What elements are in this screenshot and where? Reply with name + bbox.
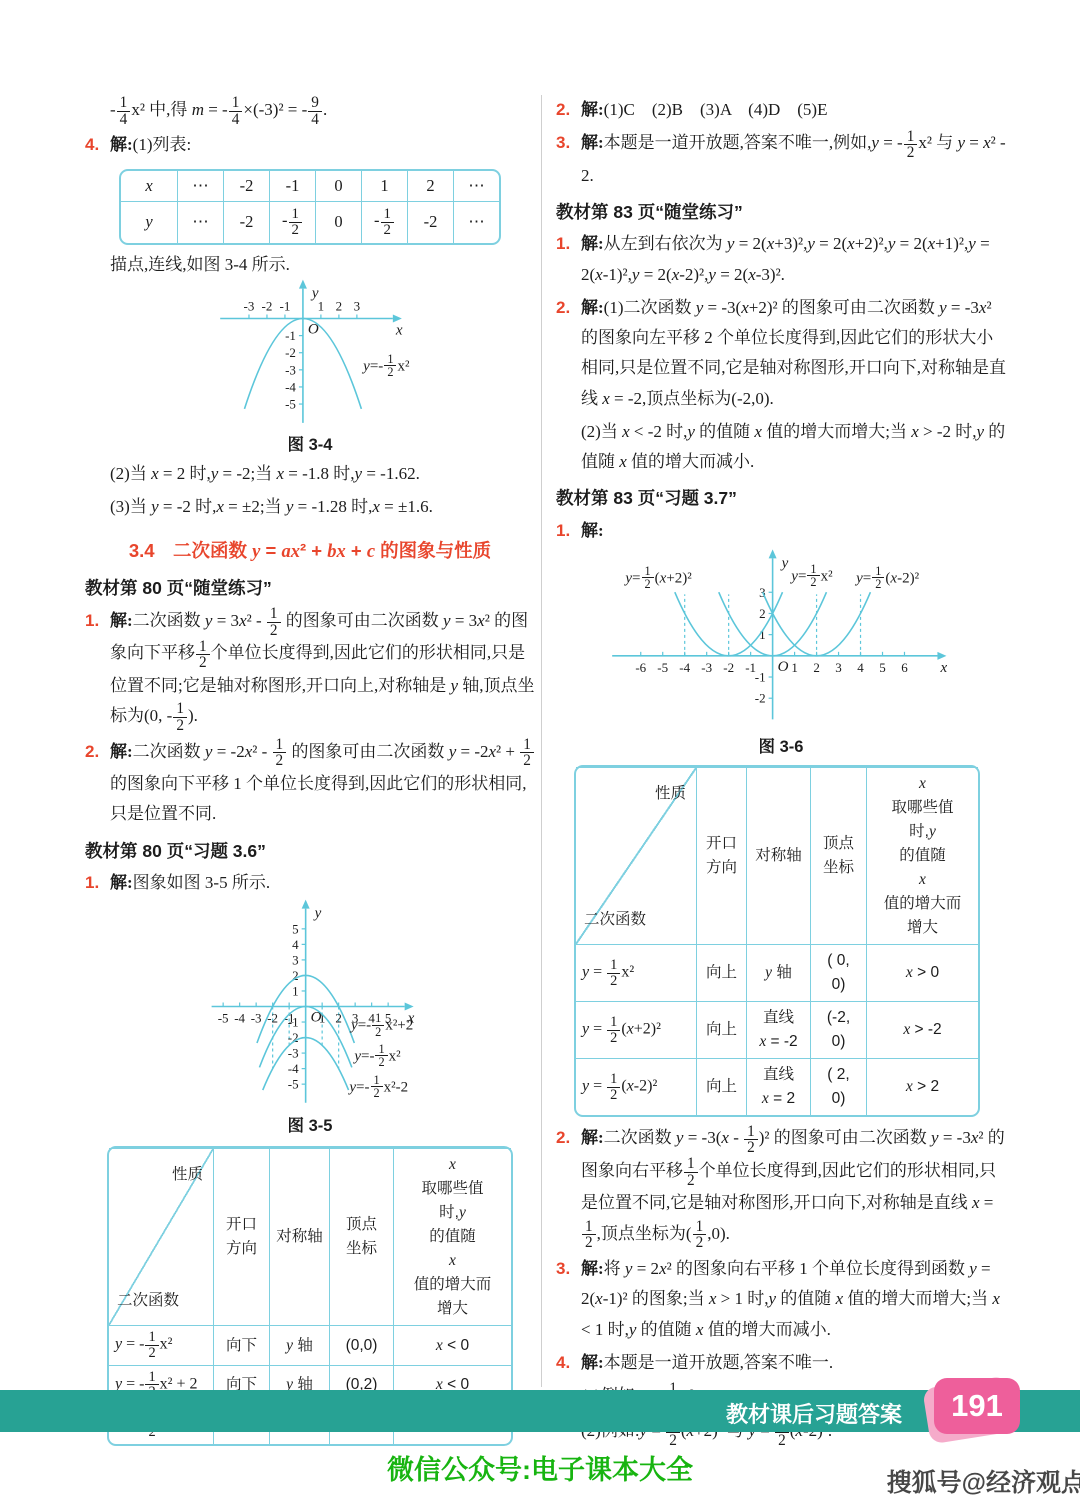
- exercise-header-p80-2: 教材第 80 页“习题 3.6”: [85, 839, 535, 864]
- prop-table-row: y = 12(x+2)²向上直线 x = -2(-2, 0)x > -2: [576, 1001, 978, 1058]
- function-cell: y = 12x²: [576, 944, 696, 1001]
- answer-item-1b: 1.解:图象如图 3-5 所示.: [85, 868, 535, 898]
- property-table-right: 性质二次函数开口 方向对称轴顶点 坐标x 取哪些值 时,y 的值随 x 值的增大…: [574, 765, 980, 1117]
- answer-item-2: 2.解:二次函数 y = -2x² - 12 的图象可由二次函数 y = -2x…: [85, 737, 535, 830]
- right-column: 2.解:(1)C (2)B (3)A (4)D (5)E 3.解:本题是一道开放…: [556, 92, 1006, 1452]
- svg-text:-2: -2: [285, 345, 296, 360]
- prop-column-header: 开口 方向: [213, 1148, 269, 1325]
- svg-text:2: 2: [335, 1011, 342, 1026]
- prop-column-header: 开口 方向: [696, 767, 746, 944]
- prop-cell: 向上: [696, 1001, 746, 1058]
- svg-text:y: y: [310, 286, 319, 302]
- figure-3-4: -3-2-1123-1-2-3-4-5xyOy=-12x² 图 3-4: [85, 286, 535, 455]
- svg-text:-4: -4: [234, 1011, 245, 1026]
- function-cell: y = 12(x+2)²: [576, 1001, 696, 1058]
- svg-text:5: 5: [879, 660, 886, 675]
- prop-cell: 向上: [696, 944, 746, 1001]
- value-cell: 2: [407, 171, 453, 201]
- value-table-row: x⋯-2-1012⋯: [121, 171, 499, 201]
- value-cell: 1: [361, 171, 407, 201]
- footer-section-label: 教材课后习题答案: [726, 1398, 902, 1429]
- svg-text:-1: -1: [280, 299, 291, 314]
- footer-bar: 教材课后习题答案 191: [0, 1390, 1080, 1432]
- svg-text:-2: -2: [755, 691, 766, 706]
- prop-table-row: y = 12x²向上y 轴( 0, 0)x > 0: [576, 944, 978, 1001]
- answer-item-3r: 3.解:本题是一道开放题,答案不唯一,例如,y = -12x² 与 y = x²…: [556, 128, 1006, 191]
- svg-text:O: O: [311, 1010, 322, 1026]
- prop-column-header: 顶点 坐标: [329, 1148, 393, 1325]
- plot-area-3-6: -6-5-4-3-2-1123456321-1-2xyOy=12(x+2)²y=…: [588, 552, 988, 730]
- item-number: 4.: [556, 1348, 570, 1378]
- svg-text:5: 5: [292, 922, 299, 937]
- value-cell: -1: [269, 171, 315, 201]
- item-text: 二次函数 y = 3x² - 12 的图象可由二次函数 y = 3x² 的图象向…: [110, 611, 535, 725]
- item-text: 本题是一道开放题,答案不唯一.: [604, 1353, 834, 1372]
- item-number: 2.: [556, 293, 570, 323]
- svg-text:-4: -4: [679, 660, 690, 675]
- item-number: 2.: [556, 1123, 570, 1153]
- prop-column-header: 对称轴: [746, 767, 810, 944]
- svg-text:6: 6: [901, 660, 908, 675]
- function-cell: y = 12(x-2)²: [576, 1058, 696, 1115]
- corner-label-function: 二次函数: [584, 908, 646, 932]
- svg-text:-2: -2: [262, 299, 273, 314]
- corner-label-property: 性质: [655, 782, 686, 806]
- item-text: (3)当 y = -2 时,x = ±2;当 y = -1.28 时,x = ±…: [110, 497, 433, 516]
- plot-note: 描点,连线,如图 3-4 所示.: [85, 250, 535, 280]
- svg-text:y: y: [313, 906, 322, 922]
- plot-area-3-4: -3-2-1123-1-2-3-4-5xyOy=-12x²: [213, 286, 463, 428]
- prop-header-row: 性质二次函数开口 方向对称轴顶点 坐标x 取哪些值 时,y 的值随 x 值的增大…: [109, 1148, 511, 1325]
- svg-text:-2: -2: [723, 660, 734, 675]
- textbook-answer-page: { "theme":{ "accent_red":"#e8452c", "cya…: [0, 0, 1080, 1501]
- prop-cell: x > -2: [866, 1001, 978, 1058]
- svg-text:3: 3: [354, 299, 361, 314]
- value-cell: -12: [361, 201, 407, 243]
- value-cell: ⋯: [177, 201, 223, 243]
- answer-item-1r2: 1.解:: [556, 516, 1006, 546]
- svg-text:3: 3: [835, 660, 842, 675]
- page-number-badge: 191: [934, 1378, 1020, 1436]
- curve-equation-label: y=-12x²+2: [351, 1012, 413, 1038]
- prop-cell: y 轴: [746, 944, 810, 1001]
- svg-text:-5: -5: [285, 397, 296, 412]
- svg-text:-5: -5: [218, 1011, 229, 1026]
- prop-cell: ( 2, 0): [810, 1058, 866, 1115]
- prop-cell: x > 0: [866, 944, 978, 1001]
- svg-text:-5: -5: [288, 1077, 299, 1092]
- column-divider: [541, 95, 542, 1387]
- value-table: x⋯-2-1012⋯y⋯-2-120-12-2⋯: [119, 169, 501, 245]
- formula-text: -14x² 中,得 m = -14×(-3)² = -94.: [110, 100, 327, 119]
- item-text: (2)当 x < -2 时,y 的值随 x 值的增大而增大;当 x > -2 时…: [581, 422, 1005, 471]
- item-number: 1.: [85, 868, 99, 898]
- prop-column-header: 对称轴: [269, 1148, 329, 1325]
- exercise-header-p80-1: 教材第 80 页“随堂练习”: [85, 576, 535, 601]
- item-text: (2)当 x = 2 时,y = -2;当 x = -1.8 时,y = -1.…: [110, 464, 420, 483]
- svg-text:-4: -4: [285, 380, 296, 395]
- prop-cell: x > 2: [866, 1058, 978, 1115]
- curve-equation-label: y=-12x²: [363, 353, 409, 379]
- value-cell: 0: [315, 201, 361, 243]
- svg-text:-4: -4: [288, 1061, 299, 1076]
- jie-label: 解:: [581, 521, 604, 540]
- curve-equation-label: y=-12x²: [354, 1043, 400, 1069]
- value-cell: -12: [269, 201, 315, 243]
- value-cell: ⋯: [453, 201, 499, 243]
- value-cell: ⋯: [177, 171, 223, 201]
- jie-label: 解:: [110, 742, 133, 761]
- value-cell: 0: [315, 171, 361, 201]
- svg-text:2: 2: [759, 606, 766, 621]
- item-text: 将 y = 2x² 的图象向右平移 1 个单位长度得到函数 y = 2(x-1)…: [581, 1259, 1000, 1339]
- section-title: 3.4 二次函数 y = ax² + bx + c 的图象与性质: [85, 537, 535, 567]
- answer-item-2r2: 2.解:(1)二次函数 y = -3(x+2)² 的图象可由二次函数 y = -…: [556, 293, 1006, 414]
- figure-caption: 图 3-6: [556, 733, 1006, 757]
- figure-caption: 图 3-4: [85, 431, 535, 455]
- svg-text:1: 1: [791, 660, 798, 675]
- svg-text:1: 1: [318, 299, 325, 314]
- prop-column-header: x 取哪些值 时,y 的值随 x 值的增大而 增大: [393, 1148, 511, 1325]
- svg-text:-3: -3: [251, 1011, 262, 1026]
- item-text: (1)列表:: [133, 135, 192, 154]
- prop-table-row: y = -12x²向下y 轴(0,0)x < 0: [109, 1325, 511, 1364]
- figure-3-5: -5-4-3-2-11234554321-1-2-3-4-5xyOy=-12x²…: [85, 904, 535, 1136]
- sohu-watermark: 搜狐号@经济观点: [887, 1463, 1080, 1499]
- jie-label: 解:: [581, 100, 604, 119]
- item-text: 描点,连线,如图 3-4 所示.: [110, 255, 290, 274]
- answer-item-2r3: 2.解:二次函数 y = -3(x - 12)² 的图象可由二次函数 y = -…: [556, 1123, 1006, 1251]
- plot-area-3-5: -5-4-3-2-11234554321-1-2-3-4-5xyOy=-12x²…: [205, 904, 535, 1109]
- corner-label-function: 二次函数: [117, 1289, 179, 1313]
- answer-sub-3: (3)当 y = -2 时,x = ±2;当 y = -1.28 时,x = ±…: [85, 492, 535, 522]
- svg-text:x: x: [939, 660, 947, 676]
- curve-equation-label: y=12(x+2)²: [625, 565, 691, 591]
- prop-column-header: x 取哪些值 时,y 的值随 x 值的增大而 增大: [866, 767, 978, 944]
- prop-cell: 直线 x = 2: [746, 1058, 810, 1115]
- diagonal-header-cell: 性质二次函数: [576, 767, 696, 944]
- prop-cell: y 轴: [269, 1325, 329, 1364]
- svg-text:-5: -5: [657, 660, 668, 675]
- prop-cell: (-2, 0): [810, 1001, 866, 1058]
- answer-sub-2: (2)当 x = 2 时,y = -2;当 x = -1.8 时,y = -1.…: [85, 459, 535, 489]
- curve-equation-label: y=-12x²-2: [349, 1074, 408, 1100]
- svg-text:1: 1: [292, 984, 299, 999]
- svg-text:-3: -3: [288, 1046, 299, 1061]
- item-text: 本题是一道开放题,答案不唯一,例如,y = -12x² 与 y = x² - 2…: [581, 133, 1006, 184]
- value-cell: -2: [223, 201, 269, 243]
- chart-canvas-fig34: -3-2-1123-1-2-3-4-5xyO: [213, 286, 463, 428]
- svg-text:2: 2: [336, 299, 343, 314]
- property-table-wrap: 性质二次函数开口 方向对称轴顶点 坐标x 取哪些值 时,y 的值随 x 值的增大…: [574, 765, 1006, 1117]
- item-text: 二次函数 y = -2x² - 12 的图象可由二次函数 y = -2x² + …: [110, 742, 535, 824]
- item-text: (1)C (2)B (3)A (4)D (5)E: [604, 100, 828, 119]
- answer-item-2r: 2.解:(1)C (2)B (3)A (4)D (5)E: [556, 95, 1006, 125]
- svg-text:2: 2: [813, 660, 820, 675]
- jie-label: 解:: [110, 873, 133, 892]
- svg-text:4: 4: [292, 937, 299, 952]
- value-cell: -2: [407, 201, 453, 243]
- svg-text:O: O: [308, 322, 319, 338]
- svg-text:-1: -1: [285, 328, 296, 343]
- answer-item-4: 4.解:(1)列表:: [85, 130, 535, 160]
- svg-text:-3: -3: [701, 660, 712, 675]
- corner-label-property: 性质: [172, 1163, 203, 1187]
- jie-label: 解:: [110, 135, 133, 154]
- jie-label: 解:: [581, 1259, 604, 1278]
- page-number: 191: [934, 1378, 1020, 1434]
- function-cell: y = -12x²: [109, 1325, 213, 1364]
- item-number: 3.: [556, 1254, 570, 1284]
- item-text: (1)二次函数 y = -3(x+2)² 的图象可由二次函数 y = -3x² …: [581, 298, 1006, 408]
- item-number: 1.: [556, 516, 570, 546]
- svg-text:-3: -3: [285, 363, 296, 378]
- jie-label: 解:: [110, 611, 133, 630]
- svg-text:-1: -1: [288, 1015, 299, 1030]
- diagonal-header-cell: 性质二次函数: [109, 1148, 213, 1325]
- answer-item-4r: 4.解:本题是一道开放题,答案不唯一.: [556, 1348, 1006, 1378]
- value-cell: -2: [223, 171, 269, 201]
- item-number: 4.: [85, 130, 99, 160]
- item-text: 图象如图 3-5 所示.: [133, 873, 270, 892]
- prop-cell: 直线 x = -2: [746, 1001, 810, 1058]
- svg-text:-3: -3: [244, 299, 255, 314]
- figure-caption: 图 3-5: [85, 1112, 535, 1136]
- answer-item-1r: 1.解:从左到右依次为 y = 2(x+3)²,y = 2(x+2)²,y = …: [556, 229, 1006, 290]
- jie-label: 解:: [581, 298, 604, 317]
- item-text: 二次函数 y = -3(x - 12)² 的图象可由二次函数 y = -3x² …: [581, 1128, 1005, 1242]
- exercise-header-p83-1: 教材第 83 页“随堂练习”: [556, 200, 1006, 225]
- answer-sub-2r: (2)当 x < -2 时,y 的值随 x 值的增大而增大;当 x > -2 时…: [556, 417, 1006, 478]
- item-text: 从左到右依次为 y = 2(x+3)²,y = 2(x+2)²,y = 2(x+…: [581, 234, 990, 283]
- svg-text:-1: -1: [755, 670, 766, 685]
- svg-text:3: 3: [292, 953, 299, 968]
- svg-text:4: 4: [857, 660, 864, 675]
- left-column: -14x² 中,得 m = -14×(-3)² = -94. 4.解:(1)列表…: [85, 92, 535, 1446]
- svg-text:y: y: [780, 556, 789, 572]
- value-table-row: y⋯-2-120-12-2⋯: [121, 201, 499, 243]
- prop-cell: x < 0: [393, 1325, 511, 1364]
- prop-table-row: y = 12(x-2)²向上直线 x = 2( 2, 0)x > 2: [576, 1058, 978, 1115]
- jie-label: 解:: [581, 1353, 604, 1372]
- math-continuation-line: -14x² 中,得 m = -14×(-3)² = -94.: [85, 95, 535, 127]
- jie-label: 解:: [581, 133, 604, 152]
- jie-label: 解:: [581, 1128, 604, 1147]
- answer-item-3r2: 3.解:将 y = 2x² 的图象向右平移 1 个单位长度得到函数 y = 2(…: [556, 1254, 1006, 1345]
- curve-equation-label: y=12x²: [791, 563, 832, 589]
- prop-header-row: 性质二次函数开口 方向对称轴顶点 坐标x 取哪些值 时,y 的值随 x 值的增大…: [576, 767, 978, 944]
- section-title-text: 3.4 二次函数 y = ax² + bx + c 的图象与性质: [129, 540, 491, 561]
- jie-label: 解:: [581, 234, 604, 253]
- svg-text:x: x: [395, 323, 403, 339]
- item-number: 2.: [85, 737, 99, 767]
- prop-cell: (0,0): [329, 1325, 393, 1364]
- prop-column-header: 顶点 坐标: [810, 767, 866, 944]
- prop-cell: 向上: [696, 1058, 746, 1115]
- value-cell: x: [121, 171, 177, 201]
- exercise-header-p83-2: 教材第 83 页“习题 3.7”: [556, 486, 1006, 511]
- answer-item-1: 1.解:二次函数 y = 3x² - 12 的图象可由二次函数 y = 3x² …: [85, 606, 535, 734]
- prop-cell: ( 0, 0): [810, 944, 866, 1001]
- svg-text:-6: -6: [635, 660, 646, 675]
- prop-cell: 向下: [213, 1325, 269, 1364]
- item-number: 3.: [556, 128, 570, 158]
- value-cell: y: [121, 201, 177, 243]
- item-number: 1.: [85, 606, 99, 636]
- figure-3-6: -6-5-4-3-2-1123456321-1-2xyOy=12(x+2)²y=…: [556, 552, 1006, 757]
- item-number: 2.: [556, 95, 570, 125]
- value-cell: ⋯: [453, 171, 499, 201]
- curve-equation-label: y=12(x-2)²: [856, 565, 919, 591]
- svg-text:O: O: [778, 659, 789, 675]
- item-number: 1.: [556, 229, 570, 259]
